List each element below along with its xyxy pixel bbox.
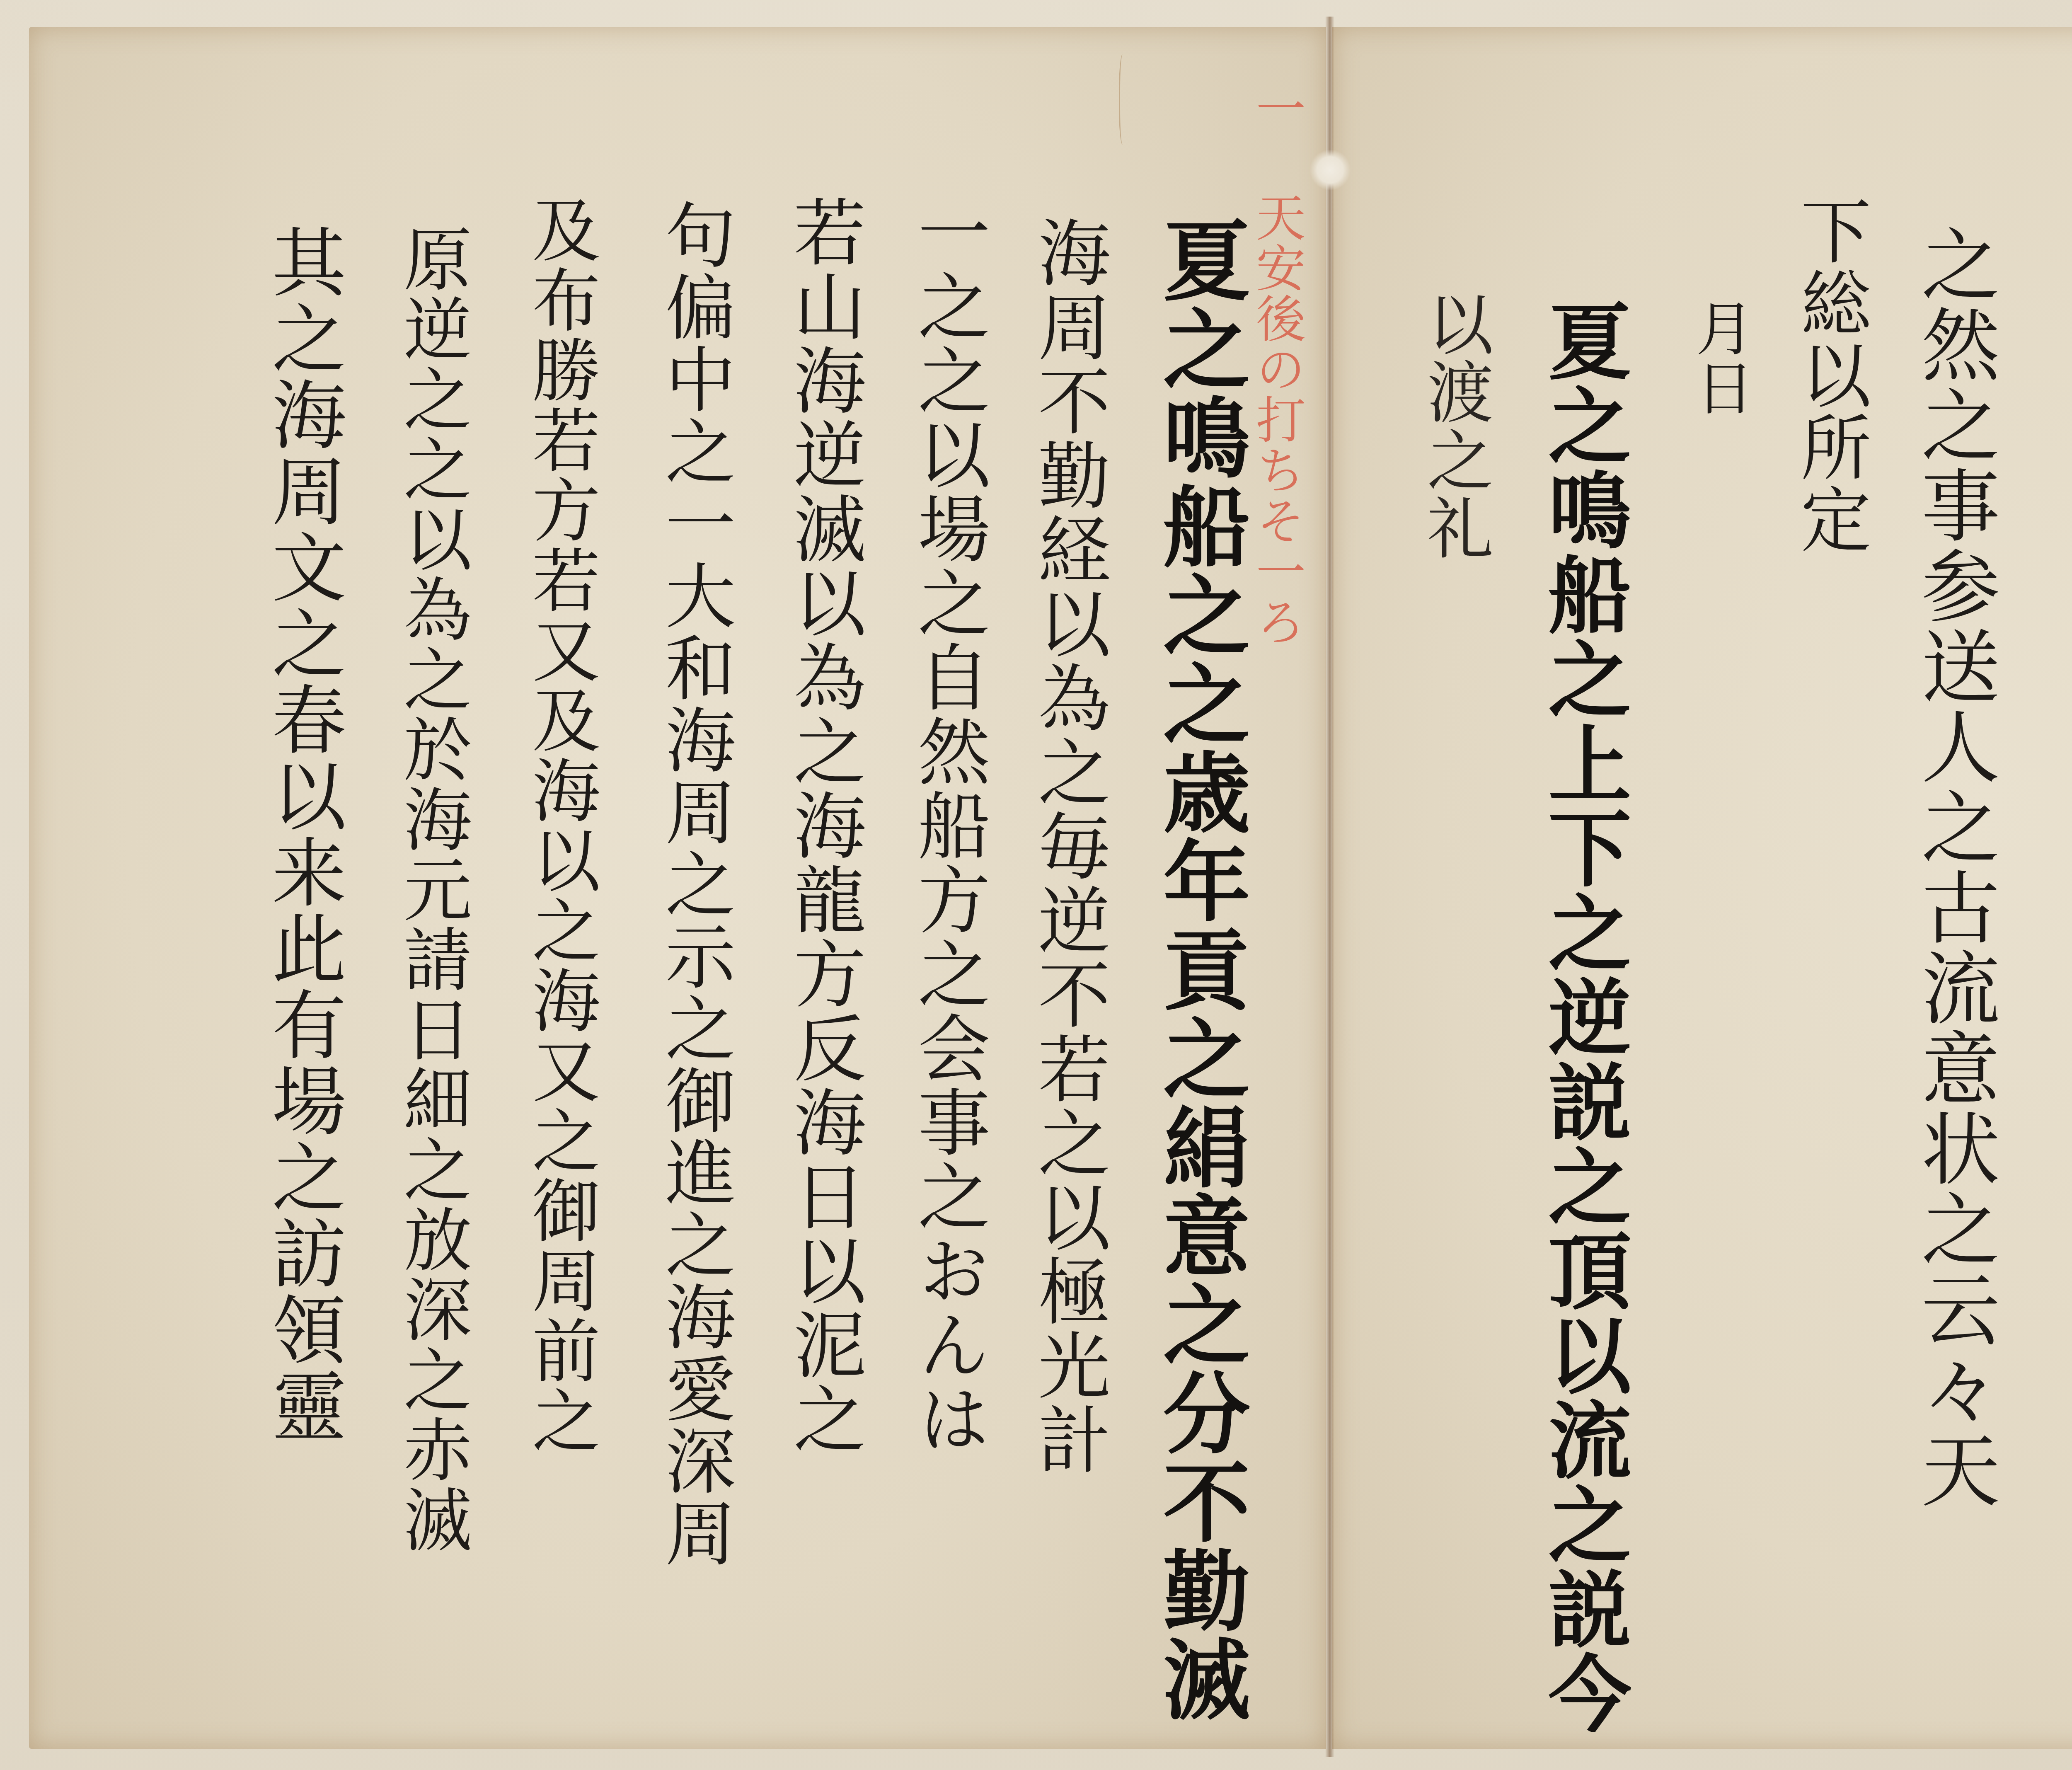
red-annotation: 一 天安後の打ちそ一ろ bbox=[1251, 83, 1301, 647]
binding-fold bbox=[1325, 17, 1334, 1757]
left-column-2: 海周不勤経以為之毎逆不若之以極光計 bbox=[1032, 215, 1104, 1477]
left-column-4: 若山海逆滅以為之海龍方反海日以泥之 bbox=[787, 195, 860, 1456]
left-column-3: 一之之以場之自然船方之会事之おんは bbox=[912, 195, 984, 1456]
right-column-4: 之然之事参送人之古流意状之云々天 bbox=[1915, 224, 1993, 1510]
left-column-5: 句偏中之一大和海周之示之御進之海愛深周 bbox=[659, 199, 729, 1569]
left-column-8: 其之海周文之春以来此有場之訪領靈 bbox=[265, 224, 340, 1444]
right-column-date: 月日 bbox=[1691, 298, 1749, 418]
left-column-7: 原逆之之以為之於海元請日細之放深之赤滅 bbox=[398, 224, 466, 1555]
right-column-5: 下総以所定 bbox=[1794, 195, 1865, 555]
right-column-7: 夏之鳴船之上下之逆説之頂以流之説今 bbox=[1542, 298, 1624, 1736]
left-column-6: 及布勝若方若又及海以之海又之御周前之 bbox=[526, 195, 595, 1455]
right-column-8: 以渡之礼 bbox=[1421, 290, 1488, 562]
paper-fiber bbox=[1119, 54, 1128, 145]
worm-hole bbox=[1310, 149, 1351, 191]
left-column-1: 夏之鳴船之之歳年貢之絹意之分不勤滅 bbox=[1156, 215, 1243, 1723]
